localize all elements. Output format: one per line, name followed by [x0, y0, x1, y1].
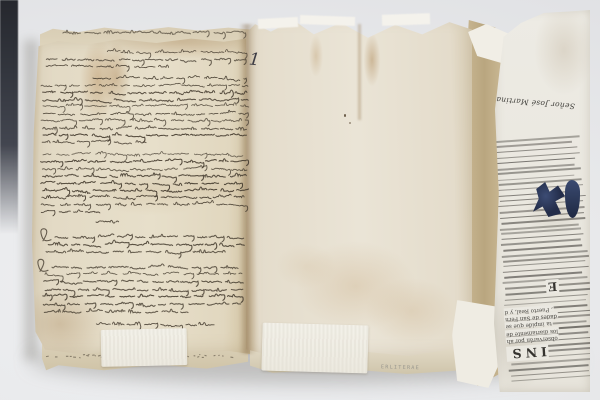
gutter-shadow: [239, 24, 257, 354]
table-edge-shadow: [0, 0, 18, 234]
manuscript-page: [32, 38, 250, 354]
repair-tape-left-page: [101, 328, 188, 367]
page-crease-stain: [358, 24, 361, 120]
torn-edge-white: [382, 13, 430, 26]
torn-edge-white: [258, 17, 298, 29]
ink-speck: [344, 114, 346, 117]
folio-number: 1: [248, 51, 261, 69]
manuscript-photo: 1 Señor José Martina, , Puerto Real, y d…: [0, 0, 600, 400]
faint-stamp-text: ERLITERAE: [381, 364, 420, 371]
torn-edge-white: [300, 15, 355, 26]
fragment-drop-cap: E: [546, 279, 560, 294]
fragment-heading-text: Señor José Martina,: [487, 94, 581, 111]
ink-speck: [349, 122, 351, 124]
fragment-big-word: INS: [506, 344, 549, 362]
repair-tape-right-page: [261, 323, 368, 374]
